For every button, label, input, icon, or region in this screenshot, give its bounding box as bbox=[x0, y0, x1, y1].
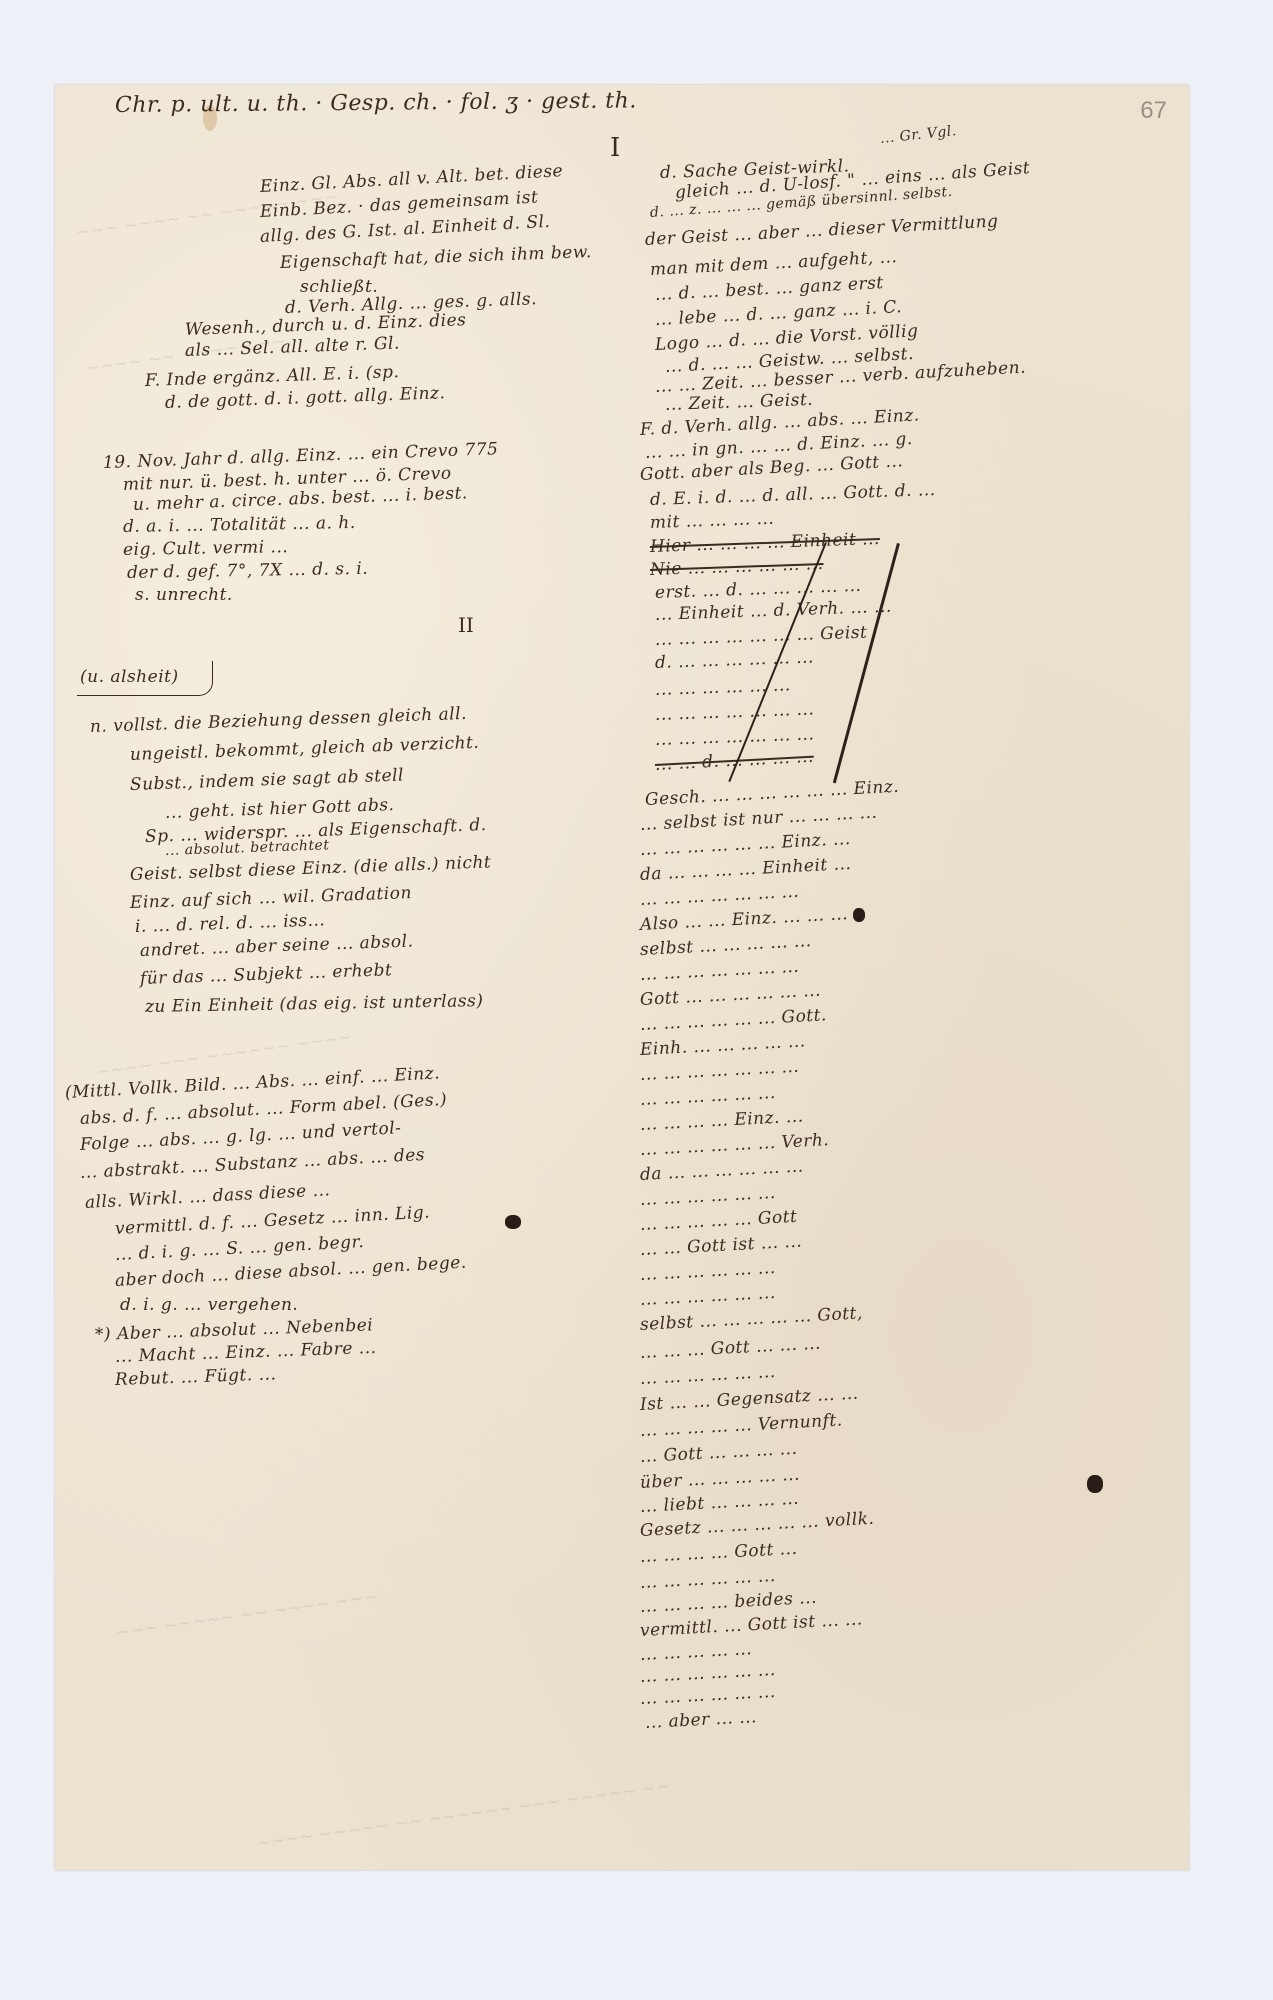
text-line: ... Gr. Vgl. bbox=[879, 123, 957, 147]
text-line: d. E. i. d. ... d. all. ... Gott. d. ... bbox=[650, 480, 936, 510]
text-line: ... liebt ... ... ... ... bbox=[639, 1489, 799, 1517]
text-line: ... ... ... ... ... ... ... bbox=[639, 1057, 799, 1085]
section-marker-1: I bbox=[610, 133, 620, 163]
text-line: ... ... ... ... ... ... ... bbox=[639, 882, 799, 910]
footnote-line: Rebut. ... Fügt. ... bbox=[115, 1364, 277, 1390]
text-line: Eigenschaft hat, die sich ihm bew. bbox=[280, 242, 592, 273]
bleed-through: ~~~ ~~~~~ ~~ ~~~~ ~~~ bbox=[115, 1587, 379, 1644]
text-line: ... ... ... ... ... ... bbox=[639, 1283, 776, 1310]
ink-blot bbox=[1087, 1475, 1103, 1493]
text-line: schließt. bbox=[300, 277, 378, 297]
text-line: ... ... ... ... ... Gott bbox=[639, 1207, 797, 1235]
struck-line: Nie ... ... ... ... ... ... bbox=[650, 554, 824, 580]
page-number: 67 bbox=[1140, 97, 1167, 125]
text-line: ... ... Gott ist ... ... bbox=[639, 1232, 802, 1260]
text-line: selbst ... ... ... ... ... bbox=[639, 931, 812, 960]
ink-blot bbox=[505, 1215, 521, 1229]
text-line: ... ... ... ... ... ... bbox=[639, 1258, 776, 1285]
manuscript-page: ~~~ ~~~~ ~~ ~~~~~ ~~~ ~~~~ ~~ ~~~~~ ~~ ~… bbox=[55, 85, 1189, 1870]
text-line: ... ... ... ... ... ... bbox=[639, 1362, 776, 1389]
text-line: alls. Wirkl. ... dass diese ... bbox=[84, 1180, 330, 1213]
text-line: der d. gef. 7°, 7X ... d. s. i. bbox=[127, 559, 369, 583]
text-line: ... ... ... ... ... ... ... bbox=[655, 724, 815, 750]
bleed-through: ~~~~ ~~~~~ ~~ ~~~~~~ ~~~ ~~~~~ ~~ bbox=[256, 1776, 672, 1854]
text-line: ... ... ... ... ... Vernunft. bbox=[639, 1410, 843, 1441]
text-line: Subst., indem sie sagt ab stell bbox=[130, 765, 405, 795]
ink-blot bbox=[853, 908, 865, 922]
text-line: über ... ... ... ... ... bbox=[639, 1465, 800, 1493]
struck-line: Hier ... ... ... ... Einheit ... bbox=[650, 529, 881, 557]
text-line: ... ... ... ... ... ... ... Geist bbox=[655, 623, 868, 650]
text-line: für das ... Subjekt ... erhebt bbox=[140, 960, 393, 989]
text-line: eig. Cult. vermi ... bbox=[123, 537, 289, 560]
text-line: i. ... d. rel. d. ... iss... bbox=[135, 910, 326, 937]
text-line: ... aber ... ... bbox=[644, 1707, 757, 1733]
text-line: ... ... ... ... ... ... ... bbox=[655, 699, 815, 725]
text-line: Also ... ... Einz. ... ... ... bbox=[639, 904, 848, 935]
text-line: ... ... ... ... ... ... bbox=[639, 1083, 776, 1110]
text-line: ... ... ... ... ... ... Gott. bbox=[639, 1005, 827, 1035]
text-line: ... ... ... ... ... ... bbox=[639, 1566, 776, 1593]
text-line: s. unrecht. bbox=[135, 585, 233, 605]
text-line: ... ... ... Gott ... ... ... bbox=[639, 1334, 821, 1363]
text-line: Einz. auf sich ... wil. Gradation bbox=[130, 883, 413, 913]
section-marker-2: II bbox=[458, 613, 474, 637]
bracket-mark bbox=[77, 661, 213, 696]
text-line: da ... ... ... ... Einheit ... bbox=[639, 854, 851, 885]
text-line: Einh. ... ... ... ... ... bbox=[639, 1031, 806, 1060]
text-line: ungeistl. bekommt, gleich ab verzicht. bbox=[130, 733, 480, 765]
text-line: ... ... ... ... ... ... ... bbox=[639, 957, 799, 985]
text-line: n. vollst. die Beziehung dessen gleich a… bbox=[90, 704, 468, 737]
text-line: d. i. g. ... vergehen. bbox=[120, 1295, 298, 1315]
text-line: ... ... ... ... ... ... bbox=[639, 1183, 776, 1210]
text-line: zu Ein Einheit (das eig. ist unterlass) bbox=[145, 991, 484, 1017]
text-line: d. a. i. ... Totalität ... a. h. bbox=[123, 513, 356, 537]
header-line: Chr. p. ult. u. th. · Gesp. ch. · fol. ʒ… bbox=[115, 88, 637, 118]
text-line: da ... ... ... ... ... ... bbox=[639, 1156, 804, 1185]
text-line: ... ... ... ... Einz. ... bbox=[639, 1106, 804, 1135]
text-line: d. ... ... ... ... ... ... bbox=[655, 647, 815, 673]
text-line: ... Gott ... ... ... ... bbox=[639, 1439, 797, 1467]
text-line: ... ... ... ... Gott ... bbox=[639, 1539, 797, 1567]
text-line: andret. ... aber seine ... absol. bbox=[140, 931, 414, 961]
text-line: mit ... ... ... ... bbox=[650, 509, 775, 533]
text-line: Gott ... ... ... ... ... ... bbox=[639, 981, 821, 1010]
